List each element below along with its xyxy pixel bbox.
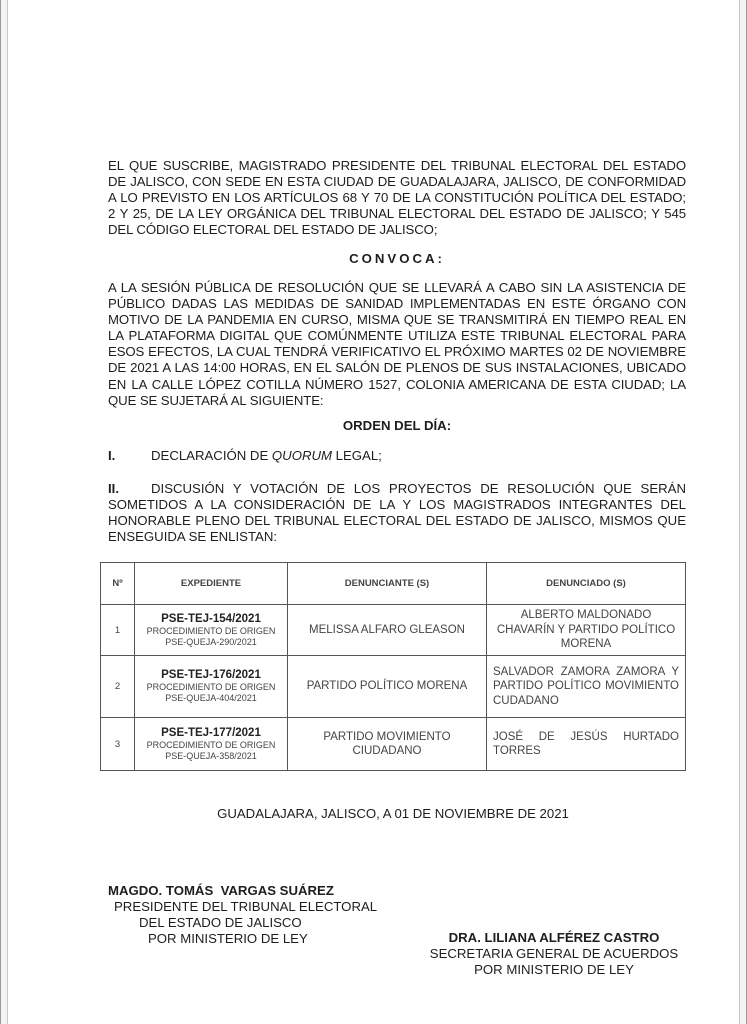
- page-edge-left: [0, 0, 8, 1024]
- cell-expediente: PSE-TEJ-176/2021 PROCEDIMIENTO DE ORIGEN…: [135, 656, 288, 718]
- cell-denunciado: JOSÉ DE JESÚS HURTADO TORRES: [487, 718, 686, 771]
- intro-text: EL QUE SUSCRIBE, MAGISTRADO PRESIDENTE D…: [108, 158, 686, 238]
- page-edge-right: [739, 0, 747, 1024]
- cell-denunciado: SALVADOR ZAMORA ZAMORA Y PARTIDO POLÍTIC…: [487, 656, 686, 718]
- header-expediente: EXPEDIENTE: [135, 563, 288, 605]
- origen-code: PSE-QUEJA-358/2021: [135, 751, 287, 762]
- cell-expediente: PSE-TEJ-177/2021 PROCEDIMIENTO DE ORIGEN…: [135, 718, 288, 771]
- signatory-name: DRA. LILIANA ALFÉREZ CASTRO: [400, 930, 708, 946]
- agenda-item-2: II. DISCUSIÓN Y VOTACIÓN DE LOS PROYECTO…: [108, 481, 686, 545]
- agenda-text: DISCUSIÓN Y VOTACIÓN DE LOS PROYECTOS DE…: [108, 481, 686, 544]
- agenda-numeral: II.: [108, 481, 119, 497]
- intro-paragraph: EL QUE SUSCRIBE, MAGISTRADO PRESIDENTE D…: [108, 158, 686, 238]
- cell-denunciante: PARTIDO MOVIMIENTO CIUDADANO: [288, 718, 487, 771]
- agenda-text-italic: QUORUM: [272, 448, 332, 463]
- cell-denunciante: MELISSA ALFARO GLEASON: [288, 605, 487, 656]
- header-num: Nº: [101, 563, 135, 605]
- signature-president: MAGDO. TOMÁS VARGAS SUÁREZ PRESIDENTE DE…: [108, 883, 377, 947]
- expediente-code: PSE-TEJ-154/2021: [135, 613, 287, 626]
- agenda-numeral: I.: [108, 448, 115, 464]
- signatory-name: MAGDO. TOMÁS VARGAS SUÁREZ: [108, 883, 377, 899]
- signature-secretary: DRA. LILIANA ALFÉREZ CASTRO SECRETARIA G…: [400, 930, 708, 978]
- agenda-item-1: I. DECLARACIÓN DE QUORUM LEGAL;: [108, 448, 686, 466]
- agenda-text: DECLARACIÓN DE QUORUM LEGAL;: [151, 448, 382, 464]
- header-denunciado: DENUNCIADO (S): [487, 563, 686, 605]
- signatory-title-line: POR MINISTERIO DE LEY: [400, 962, 708, 978]
- origen-code: PSE-QUEJA-290/2021: [135, 637, 287, 648]
- table-row: 2 PSE-TEJ-176/2021 PROCEDIMIENTO DE ORIG…: [101, 656, 686, 718]
- agenda-heading: ORDEN DEL DÍA:: [108, 418, 686, 433]
- origen-label: PROCEDIMIENTO DE ORIGEN: [135, 682, 287, 693]
- table-row: 3 PSE-TEJ-177/2021 PROCEDIMIENTO DE ORIG…: [101, 718, 686, 771]
- table-row: 1 PSE-TEJ-154/2021 PROCEDIMIENTO DE ORIG…: [101, 605, 686, 656]
- cell-num: 1: [101, 605, 135, 656]
- cell-num: 3: [101, 718, 135, 771]
- convocation-text: A LA SESIÓN PÚBLICA DE RESOLUCIÓN QUE SE…: [108, 280, 686, 409]
- convoca-heading: CONVOCA:: [108, 251, 686, 266]
- cell-expediente: PSE-TEJ-154/2021 PROCEDIMIENTO DE ORIGEN…: [135, 605, 288, 656]
- signatory-title-line: POR MINISTERIO DE LEY: [108, 931, 377, 947]
- origen-code: PSE-QUEJA-404/2021: [135, 693, 287, 704]
- cell-num: 2: [101, 656, 135, 718]
- cell-denunciante: PARTIDO POLÍTICO MORENA: [288, 656, 487, 718]
- origen-label: PROCEDIMIENTO DE ORIGEN: [135, 626, 287, 637]
- header-denunciante: DENUNCIANTE (S): [288, 563, 487, 605]
- convocation-paragraph: A LA SESIÓN PÚBLICA DE RESOLUCIÓN QUE SE…: [108, 280, 686, 409]
- agenda-text-part: DECLARACIÓN DE: [151, 448, 272, 463]
- signatory-title-line: SECRETARIA GENERAL DE ACUERDOS: [400, 946, 708, 962]
- place-date: GUADALAJARA, JALISCO, A 01 DE NOVIEMBRE …: [100, 806, 686, 821]
- signatory-title-line: DEL ESTADO DE JALISCO: [108, 915, 377, 931]
- origen-label: PROCEDIMIENTO DE ORIGEN: [135, 740, 287, 751]
- agenda-text-part: LEGAL;: [332, 448, 382, 463]
- table-header-row: Nº EXPEDIENTE DENUNCIANTE (S) DENUNCIADO…: [101, 563, 686, 605]
- expediente-code: PSE-TEJ-177/2021: [135, 727, 287, 740]
- expediente-code: PSE-TEJ-176/2021: [135, 669, 287, 682]
- signatory-title-line: PRESIDENTE DEL TRIBUNAL ELECTORAL: [108, 899, 377, 915]
- cell-denunciado: ALBERTO MALDONADO CHAVARÍN Y PARTIDO POL…: [487, 605, 686, 656]
- cases-table: Nº EXPEDIENTE DENUNCIANTE (S) DENUNCIADO…: [100, 562, 686, 771]
